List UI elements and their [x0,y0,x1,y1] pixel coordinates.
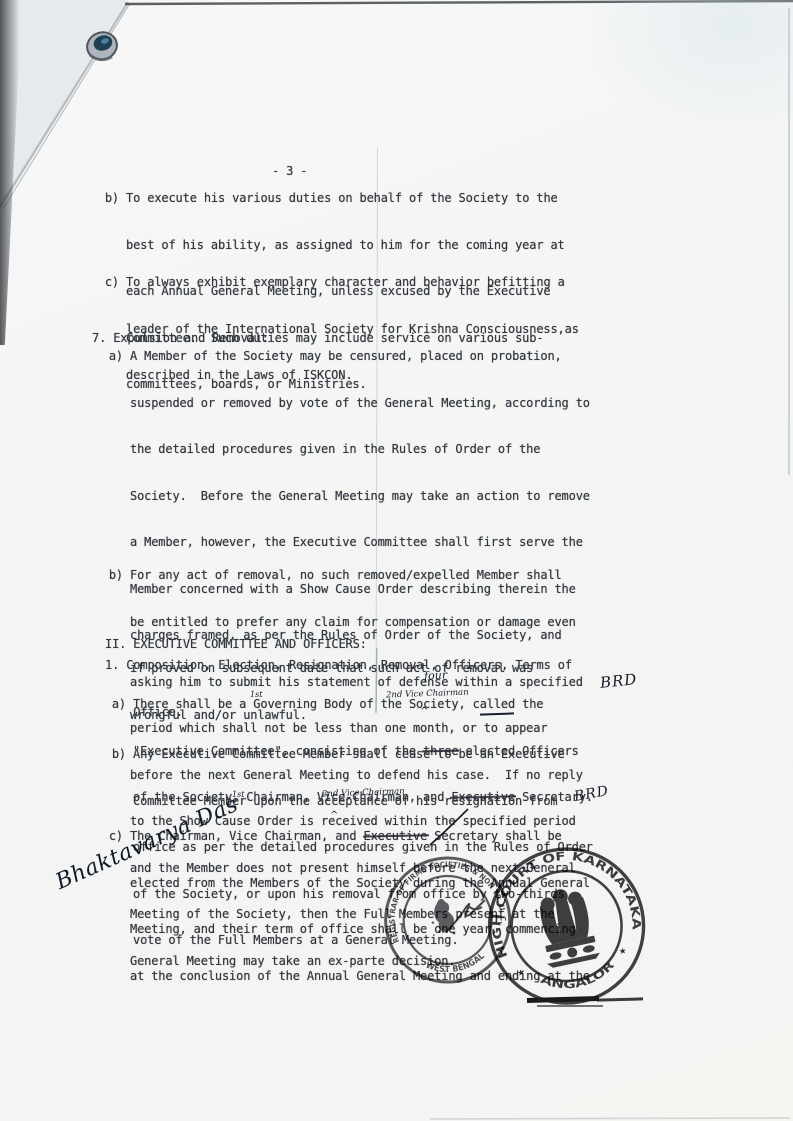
star-left-icon: ★ [516,964,526,979]
scanned-document-page: - 3 - b) To execute his various duties o… [0,0,793,1121]
handwritten-caret-c: ^ [330,810,338,821]
handwritten-four: four [424,668,448,682]
stamp-underline-bar-lower [537,1005,603,1007]
svg-text:WEST BENGAL: WEST BENGAL [423,950,489,980]
eyelet-fastener-icon [82,25,122,67]
handwritten-caret-a: ^ [420,706,428,717]
bottom-page-edge [430,1118,790,1119]
scan-tint [593,0,793,130]
handwritten-1st-a: 1st [250,690,262,699]
handwritten-pen-stroke [425,805,475,850]
ashoka-lion-capital-icon [532,884,601,969]
star-right-icon: ★ [617,942,627,957]
struck-word-executive: Executive [364,829,428,843]
registrar-stamp-emblem [428,897,457,938]
registrar-stamp-bottom-text: WEST BENGAL [423,950,489,980]
